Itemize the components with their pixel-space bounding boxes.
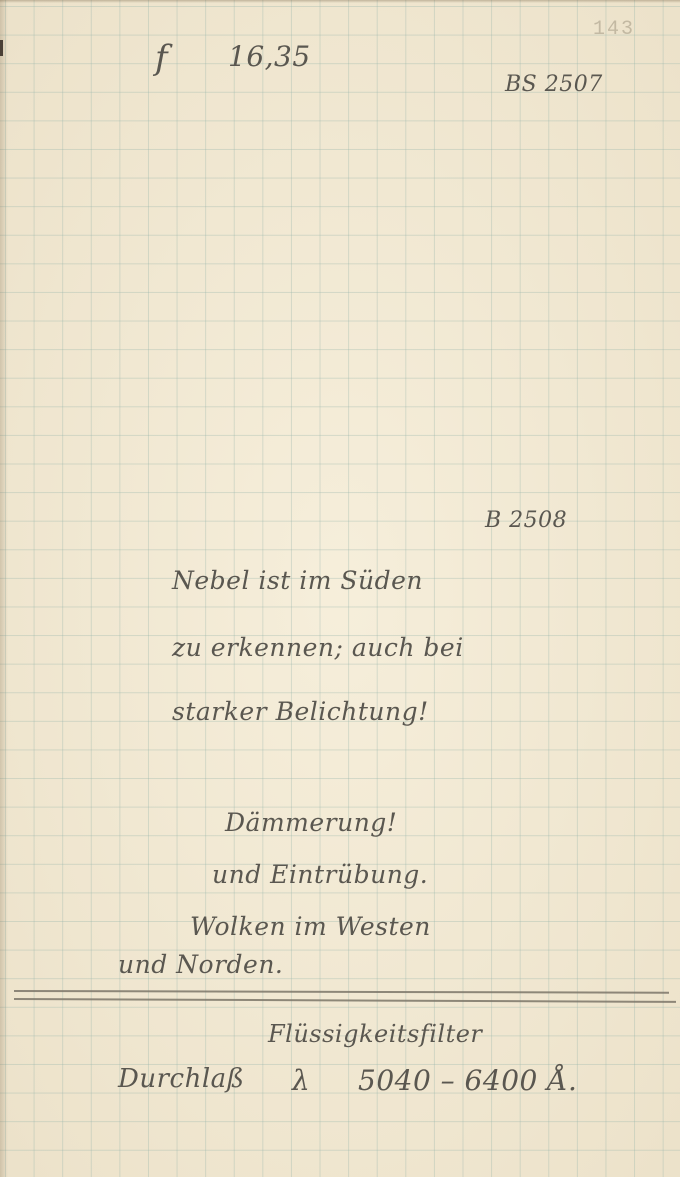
note-line-1: Nebel ist im Süden xyxy=(172,566,423,595)
note-line-2: zu erkennen; auch bei xyxy=(172,633,464,662)
weather-line-3: Wolken im Westen xyxy=(190,912,431,941)
note-line-3: starker Belichtung! xyxy=(172,697,429,726)
page-number-stamp: 143 xyxy=(593,18,635,41)
divider-line-top xyxy=(14,990,669,994)
transmission-label: Durchlaß xyxy=(118,1064,245,1094)
weather-line-2: und Eintrübung. xyxy=(212,860,428,889)
f-label: f xyxy=(155,38,168,78)
divider-line-bottom xyxy=(14,998,676,1003)
f-value: 16,35 xyxy=(228,40,311,73)
spine-shadow xyxy=(0,0,8,1177)
lambda-symbol: λ xyxy=(292,1064,310,1097)
plate-id-b2508: B 2508 xyxy=(485,508,567,533)
page-top-edge xyxy=(0,0,680,3)
weather-line-4: und Norden. xyxy=(118,950,283,979)
plate-id-bs2507: BS 2507 xyxy=(505,72,603,97)
weather-line-1: Dämmerung! xyxy=(225,808,397,837)
wavelength-range: 5040 – 6400 Å. xyxy=(358,1064,577,1097)
notebook-page: 143 f 16,35 BS 2507 B 2508 Nebel ist im … xyxy=(0,0,680,1177)
binding-mark xyxy=(0,40,3,56)
filter-label: Flüssigkeitsfilter xyxy=(268,1020,482,1048)
